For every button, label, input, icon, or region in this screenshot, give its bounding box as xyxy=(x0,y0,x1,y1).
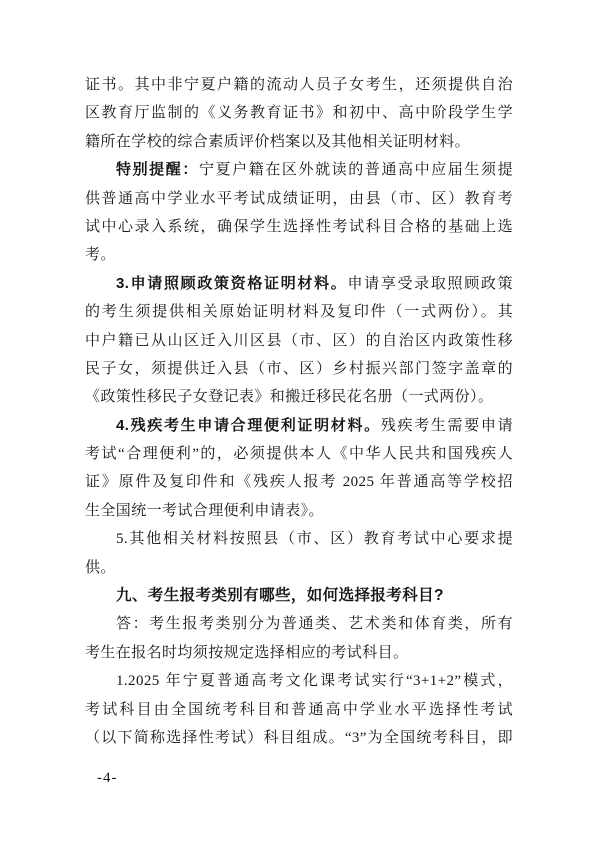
text-line: 考。 xyxy=(85,241,513,269)
body-text: 的考生须提供相关原始证明材料及复印件（一式两份）。其 xyxy=(85,304,513,320)
body-text: 中户籍已从山区迁入川区县（市、区）的自治区内政策性移 xyxy=(85,333,513,349)
body-text: 证》原件及复印件和《残疾人报考 2025 年普通高等学校招 xyxy=(85,474,513,490)
body-text: 考试“合理便利”的，必须提供本人《中华人民共和国残疾人 xyxy=(85,446,513,462)
body-text: 《政策性移民子女登记表》和搬迁移民花名册（一式两份）。 xyxy=(85,389,493,405)
body-text: 1.2025 年宁夏普通高考文化课考试实行“3+1+2”模式， xyxy=(116,673,513,689)
page-number: -4- xyxy=(97,770,118,787)
body-text: 籍所在学校的综合素质评价档案以及其他相关证明材料。 xyxy=(85,134,470,150)
body-text: 申请享受录取照顾政策 xyxy=(347,276,513,292)
text-line: 民子女，须提供迁入县（市、区）乡村振兴部门签字盖章的 xyxy=(85,355,513,383)
bold-lead-text: 4.残疾考生申请合理便利证明材料。 xyxy=(116,417,381,434)
text-line: 证书。其中非宁夏户籍的流动人员子女考生，还须提供自治 xyxy=(85,71,513,99)
text-line: 3.申请照顾政策资格证明材料。申请享受录取照顾政策 xyxy=(85,270,513,298)
text-line: 4.残疾考生申请合理便利证明材料。残疾考生需要申请 xyxy=(85,412,513,440)
bold-lead-text: 特别提醒： xyxy=(116,161,199,178)
body-text: 考生在报名时均须按规定选择相应的考试科目。 xyxy=(85,645,408,661)
body-text: 残疾考生需要申请 xyxy=(381,418,513,434)
text-line: 供普通高中学业水平考试成绩证明，由县（市、区）教育考 xyxy=(85,185,513,213)
body-text: 民子女，须提供迁入县（市、区）乡村振兴部门签字盖章的 xyxy=(85,361,513,377)
text-line: 1.2025 年宁夏普通高考文化课考试实行“3+1+2”模式， xyxy=(85,667,513,695)
text-line: 试中心录入系统，确保学生选择性考试科目合格的基础上选 xyxy=(85,213,513,241)
text-line: 答：考生报考类别分为普通类、艺术类和体育类，所有 xyxy=(85,610,513,638)
text-line: 考试“合理便利”的，必须提供本人《中华人民共和国残疾人 xyxy=(85,440,513,468)
text-line: 考试科目由全国统考科目和普通高中学业水平选择性考试 xyxy=(85,696,513,724)
body-text: （以下简称选择性考试）科目组成。“3”为全国统考科目，即 xyxy=(85,730,513,746)
section-heading: 九、考生报考类别有哪些，如何选择报考科目? xyxy=(85,582,513,610)
document-body: 证书。其中非宁夏户籍的流动人员子女考生，还须提供自治区教育厅监制的《义务教育证书… xyxy=(85,71,513,752)
document-page: 证书。其中非宁夏户籍的流动人员子女考生，还须提供自治区教育厅监制的《义务教育证书… xyxy=(0,0,595,842)
body-text: 试中心录入系统，确保学生选择性考试科目合格的基础上选 xyxy=(85,219,513,235)
text-line: 区教育厅监制的《义务教育证书》和初中、高中阶段学生学 xyxy=(85,99,513,127)
text-line: 证》原件及复印件和《残疾人报考 2025 年普通高等学校招 xyxy=(85,468,513,496)
body-text: 答：考生报考类别分为普通类、艺术类和体育类，所有 xyxy=(116,616,513,632)
body-text: 宁夏户籍在区外就读的普通高中应届生须提 xyxy=(199,162,513,178)
bold-lead-text: 3.申请照顾政策资格证明材料。 xyxy=(116,275,347,292)
text-line: 生全国统一考试合理便利申请表》。 xyxy=(85,497,513,525)
text-line: （以下简称选择性考试）科目组成。“3”为全国统考科目，即 xyxy=(85,724,513,752)
text-line: 5.其他相关材料按照县（市、区）教育考试中心要求提 xyxy=(85,525,513,553)
body-text: 生全国统一考试合理便利申请表》。 xyxy=(85,503,324,519)
text-line: 中户籍已从山区迁入川区县（市、区）的自治区内政策性移 xyxy=(85,327,513,355)
body-text: 5.其他相关材料按照县（市、区）教育考试中心要求提 xyxy=(116,531,513,547)
body-text: 供普通高中学业水平考试成绩证明，由县（市、区）教育考 xyxy=(85,191,513,207)
text-line: 特别提醒：宁夏户籍在区外就读的普通高中应届生须提 xyxy=(85,156,513,184)
body-text: 区教育厅监制的《义务教育证书》和初中、高中阶段学生学 xyxy=(85,105,513,121)
body-text: 证书。其中非宁夏户籍的流动人员子女考生，还须提供自治 xyxy=(85,77,513,93)
body-text: 考。 xyxy=(85,247,116,263)
text-line: 供。 xyxy=(85,554,513,582)
body-text: 考试科目由全国统考科目和普通高中学业水平选择性考试 xyxy=(85,702,513,718)
bold-lead-text: 九、考生报考类别有哪些，如何选择报考科目? xyxy=(116,587,444,604)
text-line: 籍所在学校的综合素质评价档案以及其他相关证明材料。 xyxy=(85,128,513,156)
text-line: 考生在报名时均须按规定选择相应的考试科目。 xyxy=(85,639,513,667)
text-line: 《政策性移民子女登记表》和搬迁移民花名册（一式两份）。 xyxy=(85,383,513,411)
text-line: 的考生须提供相关原始证明材料及复印件（一式两份）。其 xyxy=(85,298,513,326)
body-text: 供。 xyxy=(85,560,116,576)
